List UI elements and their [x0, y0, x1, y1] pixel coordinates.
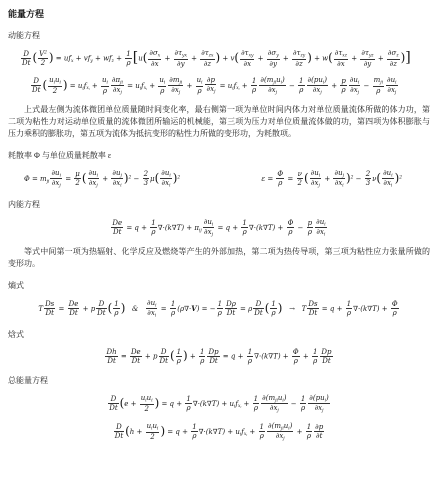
section-heading-entropy: 熵式	[8, 280, 430, 291]
section-heading-dissipation: 耗散率 Φ 与单位质量耗散率 ε	[8, 150, 430, 161]
section-heading-total: 总能量方程	[8, 375, 430, 386]
equation-total-energy-h: DDt(h + uiui2) = q + 1ρ∇·(k∇T) + uifxi +…	[8, 422, 430, 442]
page-title: 能量方程	[8, 7, 430, 20]
section-heading-kinetic: 动能方程	[8, 30, 430, 41]
section-heading-enthalpy: 焓式	[8, 329, 430, 340]
equation-row-dissipation: Φ = mji∂ui∂xj = μ2(∂ui∂xj + ∂uj∂xi)2 − 2…	[8, 169, 430, 189]
section-heading-internal: 内能方程	[8, 199, 430, 210]
document-body: { "colors": { "background": "#ffffff", "…	[0, 0, 438, 500]
equation-enthalpy-form: DhDt = DeDt + pDDt(1ρ) + 1ρDpDt = q + 1ρ…	[8, 348, 430, 365]
equation-dissipation-epsilon: ε = Φρ = ν2(∂ui∂xj + ∂uj∂xi)2 − 23ν(∂ui∂…	[261, 169, 402, 189]
paragraph-kinetic-note: 上式最左侧为流体微团单位质量随时间变化率，最右侧第一项为单位时间内体力对单位质量…	[8, 104, 430, 140]
equation-entropy-form: TDsDt = DeDt + pDDt(1ρ) & ∂ui∂xi = 1ρ(ρ∇…	[8, 299, 430, 319]
equation-dissipation-phi: Φ = mji∂ui∂xj = μ2(∂ui∂xj + ∂uj∂xi)2 − 2…	[24, 169, 180, 189]
equation-kinetic-tensor: DDt(uiui2) = uifxi + uiρ∂πji∂xj = uifxi …	[8, 76, 430, 96]
equation-total-energy-e: DDt(e + uiui2) = q + 1ρ∇·(k∇T) + uifxi +…	[8, 394, 430, 414]
equation-internal-energy: DeDt = q + 1ρ∇·(k∇T) + πij∂ui∂xj = q + 1…	[8, 218, 430, 238]
document-page: 能量方程 动能方程 DDt(V22) = ufx + vfy + wfz + 1…	[8, 7, 430, 442]
paragraph-internal-note: 等式中间第一项为热辐射、化学反应及燃烧等产生的外部加热，第二项为热传导项，第三项…	[8, 246, 430, 270]
equation-kinetic-vector: DDt(V22) = ufx + vfy + wfz + 1ρ[u(∂σx∂x …	[8, 49, 430, 68]
